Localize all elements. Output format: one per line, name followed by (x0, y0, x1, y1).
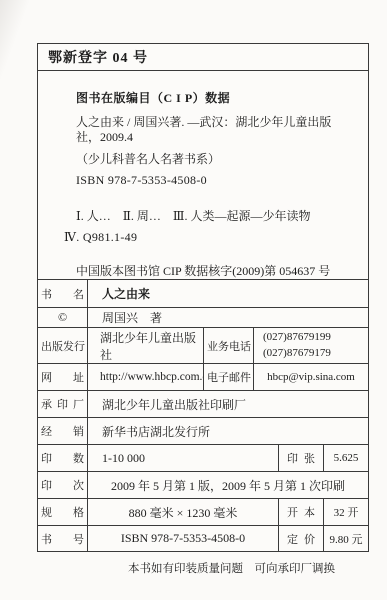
table-row-format: 规格 880 毫米 × 1230 毫米 开本 32 开 (38, 499, 368, 526)
registration-number: 鄂新登字 04 号 (38, 44, 368, 71)
folio-value: 32 开 (324, 499, 368, 525)
table-row-publisher: 出版发行 湖北少年儿童出版社 业务电话 (027)87679199 (027)8… (38, 328, 368, 364)
cip-record-number: 中国版本图书馆 CIP 数据核字(2009)第 054637 号 (76, 264, 350, 279)
row-label: 印次 (38, 472, 88, 498)
printer-value: 湖北少年儿童出版社印刷厂 (88, 391, 368, 417)
copyright-page: 鄂新登字 04 号 图书在版编目（C I P）数据 人之由来 / 周国兴著. —… (0, 0, 387, 600)
format-value: 880 毫米 × 1230 毫米 (88, 499, 279, 525)
publisher-value: 湖北少年儿童出版社 (88, 328, 204, 363)
edition-value: 2009 年 5 月第 1 版，2009 年 5 月第 1 次印刷 (88, 472, 368, 498)
table-row-website: 网址 http://www.hbcp.com.cn 电子邮件 hbcp@vip.… (38, 364, 368, 391)
row-label: 书名 (38, 280, 88, 307)
cip-classification-line2: Ⅳ. Q981.1-49 (64, 230, 350, 245)
colophon-border-box: 鄂新登字 04 号 图书在版编目（C I P）数据 人之由来 / 周国兴著. —… (37, 43, 369, 552)
copyright-icon: © (38, 308, 88, 327)
row-label: 出版发行 (38, 328, 88, 363)
row-label: 电子邮件 (204, 364, 254, 390)
table-row-title: 书名 人之由来 (38, 280, 368, 308)
isbn-value: ISBN 978-7-5353-4508-0 (88, 526, 279, 551)
book-title-value: 人之由来 (88, 280, 368, 307)
cip-heading: 图书在版编目（C I P）数据 (76, 91, 350, 106)
row-label: 印张 (279, 445, 324, 471)
table-row-distributor: 经销 新华书店湖北发行所 (38, 418, 368, 445)
row-label: 业务电话 (204, 328, 254, 363)
row-label: 规格 (38, 499, 88, 525)
email-value: hbcp@vip.sina.com (254, 364, 368, 390)
table-row-isbn: 书号 ISBN 978-7-5353-4508-0 定价 9.80 元 (38, 526, 368, 551)
cip-series-line: （少儿科普名人名著书系） (76, 152, 350, 167)
table-row-print-run: 印数 1-10 000 印张 5.625 (38, 445, 368, 472)
row-label: 印数 (38, 445, 88, 471)
table-row-printer: 承印厂 湖北少年儿童出版社印刷厂 (38, 391, 368, 418)
cip-data-block: 图书在版编目（C I P）数据 人之由来 / 周国兴著. —武汉：湖北少年儿童出… (38, 71, 368, 280)
quality-exchange-note: 本书如有印装质量问题 可向承印厂调换 (37, 560, 369, 576)
author-value: 周国兴 著 (88, 308, 368, 327)
table-row-copyright: © 周国兴 著 (38, 308, 368, 328)
price-value: 9.80 元 (324, 526, 368, 551)
row-label: 承印厂 (38, 391, 88, 417)
row-label: 网址 (38, 364, 88, 390)
row-label: 开本 (279, 499, 324, 525)
row-label: 书号 (38, 526, 88, 551)
row-label: 经销 (38, 418, 88, 444)
sheets-value: 5.625 (324, 445, 368, 471)
phone-value: (027)87679199 (027)87679179 (254, 328, 368, 363)
cip-isbn-line: ISBN 978-7-5353-4508-0 (76, 173, 350, 188)
website-value: http://www.hbcp.com.cn (88, 364, 204, 390)
row-label: 定价 (279, 526, 324, 551)
cip-title-line: 人之由来 / 周国兴著. —武汉：湖北少年儿童出版社，2009.4 (76, 115, 350, 145)
table-row-edition: 印次 2009 年 5 月第 1 版，2009 年 5 月第 1 次印刷 (38, 472, 368, 499)
distributor-value: 新华书店湖北发行所 (88, 418, 368, 444)
cip-classification-line1: Ⅰ. 人… Ⅱ. 周… Ⅲ. 人类—起源—少年读物 (76, 209, 350, 224)
print-run-value: 1-10 000 (88, 445, 279, 471)
